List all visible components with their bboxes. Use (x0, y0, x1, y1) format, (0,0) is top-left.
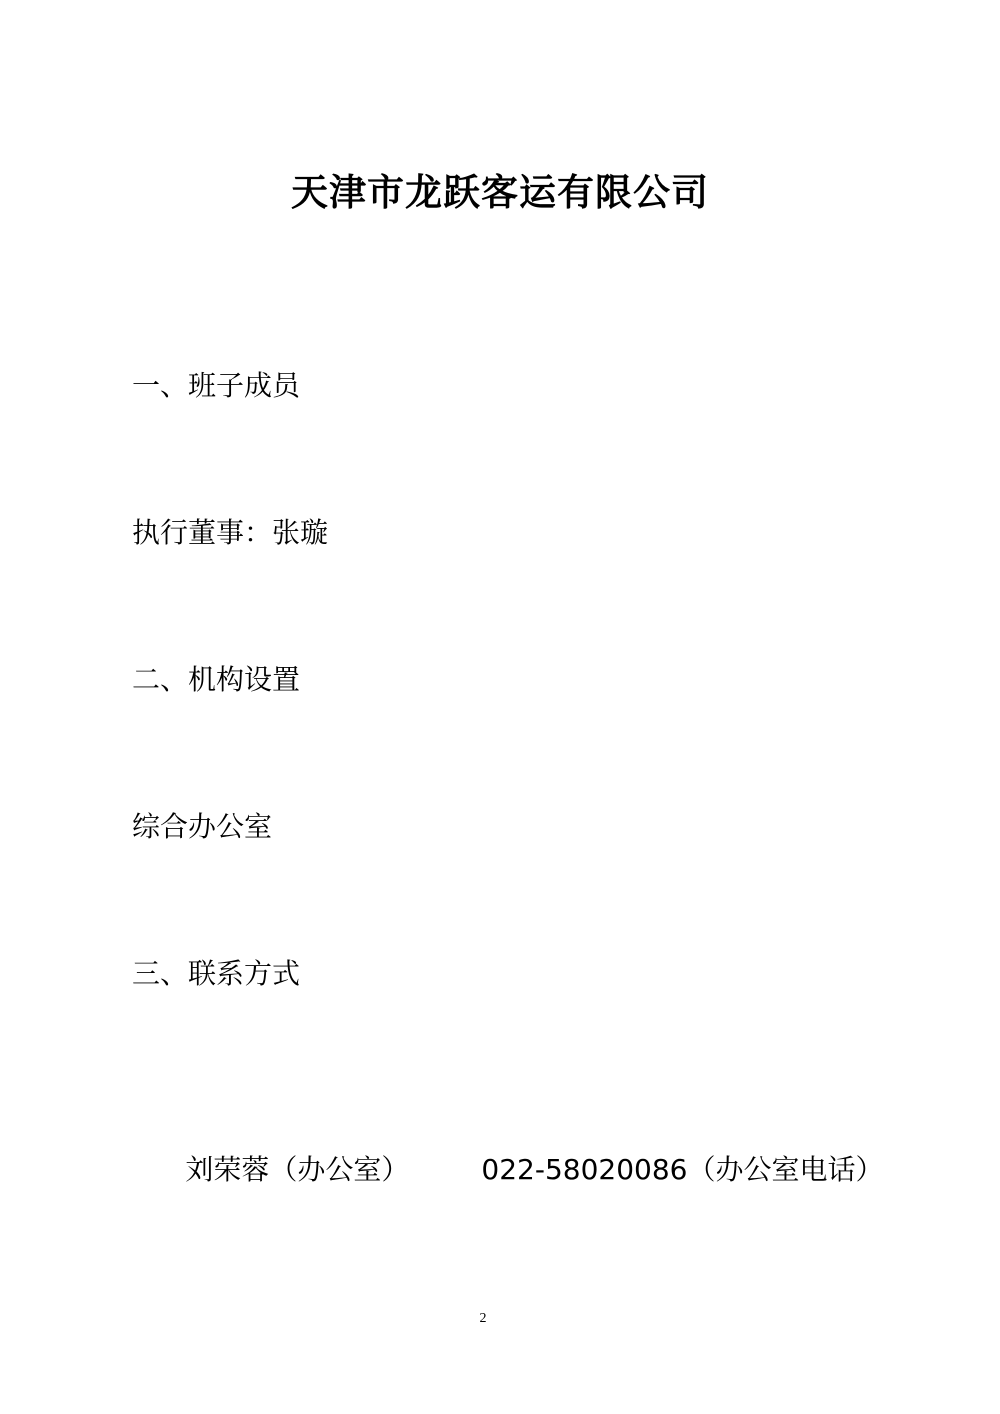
section-heading-contact: 三、联系方式 (132, 949, 940, 998)
contact-person: 刘荣蓉（办公室） (185, 1153, 409, 1186)
contact-phone-number: 022-58020086（办公室电话） (481, 1145, 883, 1194)
document-page: 天津市龙跃客运有限公司 一、班子成员 执行董事：张璇 二、机构设置 综合办公室 … (0, 0, 1000, 1414)
line-general-office: 综合办公室 (132, 802, 940, 851)
document-body: 一、班子成员 执行董事：张璇 二、机构设置 综合办公室 三、联系方式 刘荣蓉（办… (132, 263, 940, 1341)
line-executive-director: 执行董事：张璇 (132, 508, 940, 557)
contact-line: 刘荣蓉（办公室）022-58020086（办公室电话） (132, 1096, 940, 1243)
document-title: 天津市龙跃客运有限公司 (0, 167, 1000, 219)
page-number: 2 (0, 1310, 966, 1328)
section-heading-members: 一、班子成员 (132, 361, 940, 410)
section-heading-organization: 二、机构设置 (132, 655, 940, 704)
